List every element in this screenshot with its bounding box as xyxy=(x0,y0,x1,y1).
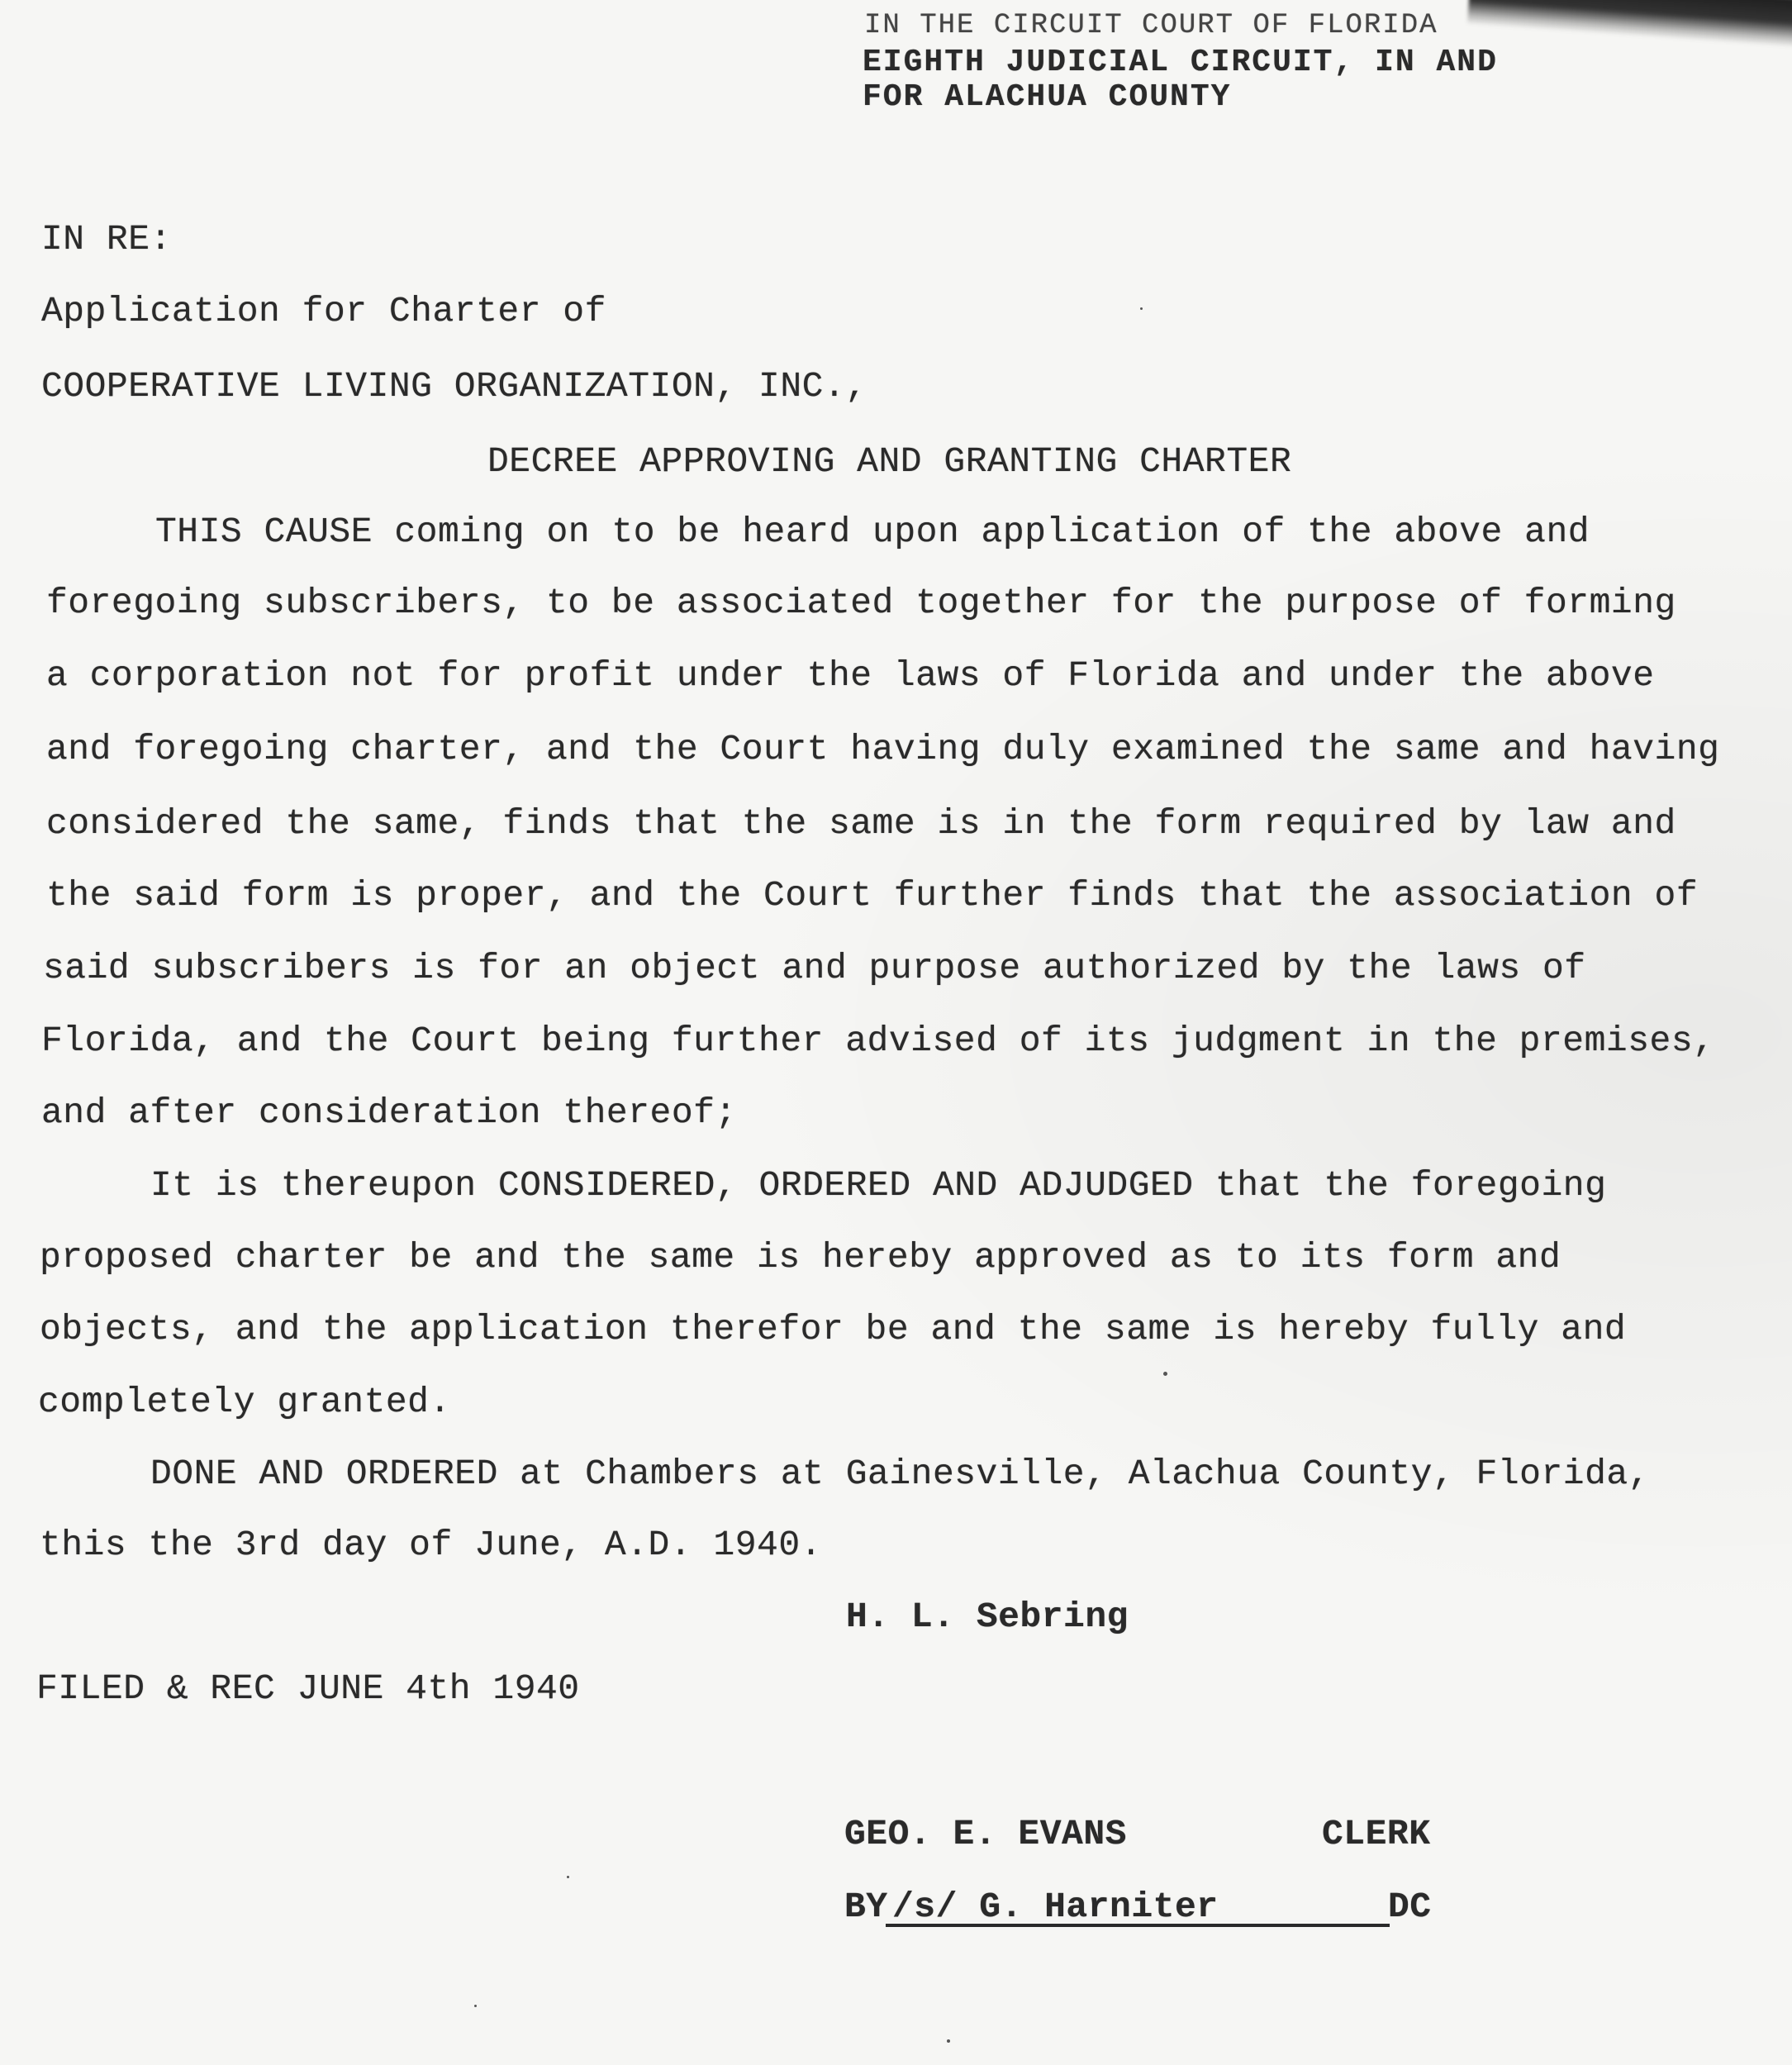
clerk-name: GEO. E. EVANS xyxy=(844,1816,1127,1852)
signature-underline xyxy=(886,1924,1390,1927)
body-line: proposed charter be and the same is here… xyxy=(40,1239,1561,1275)
body-line: completely granted. xyxy=(38,1384,451,1420)
scan-speck xyxy=(1163,1372,1167,1376)
scan-shadow-streak xyxy=(1467,0,1792,55)
deputy-title: DC xyxy=(1388,1889,1432,1925)
court-header-line-3: FOR ALACHUA COUNTY xyxy=(863,82,1231,113)
in-re-label: IN RE: xyxy=(41,221,172,257)
clerk-title: CLERK xyxy=(1322,1816,1431,1852)
court-header-line-2: EIGHTH JUDICIAL CIRCUIT, IN AND xyxy=(863,47,1498,79)
body-line: this the 3rd day of June, A.D. 1940. xyxy=(40,1527,822,1563)
body-line: said subscribers is for an object and pu… xyxy=(43,950,1586,986)
body-line: the said form is proper, and the Court f… xyxy=(46,878,1698,913)
body-line: It is thereupon CONSIDERED, ORDERED AND … xyxy=(150,1168,1606,1203)
body-line: and after consideration thereof; xyxy=(41,1095,737,1130)
judge-signature: H. L. Sebring xyxy=(846,1599,1129,1634)
filing-note: FILED & REC JUNE 4th 1940 xyxy=(36,1671,580,1706)
body-line: Florida, and the Court being further adv… xyxy=(41,1023,1714,1059)
body-line: foregoing subscribers, to be associated … xyxy=(46,585,1676,621)
scan-speck xyxy=(1140,307,1143,310)
by-label: BY xyxy=(844,1889,888,1925)
body-line: DONE AND ORDERED at Chambers at Gainesvi… xyxy=(150,1456,1650,1492)
scan-speck xyxy=(947,2039,950,2043)
document-page: IN THE CIRCUIT COURT OF FLORIDA EIGHTH J… xyxy=(0,0,1792,2065)
body-line: objects, and the application therefor be… xyxy=(40,1311,1626,1347)
body-line: considered the same, finds that the same… xyxy=(46,806,1676,841)
body-line: THIS CAUSE coming on to be heard upon ap… xyxy=(155,514,1590,550)
scan-speck xyxy=(474,2005,477,2007)
scan-speck xyxy=(567,1876,569,1878)
organization-name: COOPERATIVE LIVING ORGANIZATION, INC., xyxy=(41,369,867,404)
body-line: and foregoing charter, and the Court hav… xyxy=(46,731,1719,767)
body-line: a corporation not for profit under the l… xyxy=(46,658,1655,693)
court-header-line-1: IN THE CIRCUIT COURT OF FLORIDA xyxy=(864,12,1438,40)
deputy-signature: /s/ G. Harniter xyxy=(892,1889,1219,1925)
decree-title: DECREE APPROVING AND GRANTING CHARTER xyxy=(487,444,1291,479)
application-line: Application for Charter of xyxy=(41,293,606,329)
